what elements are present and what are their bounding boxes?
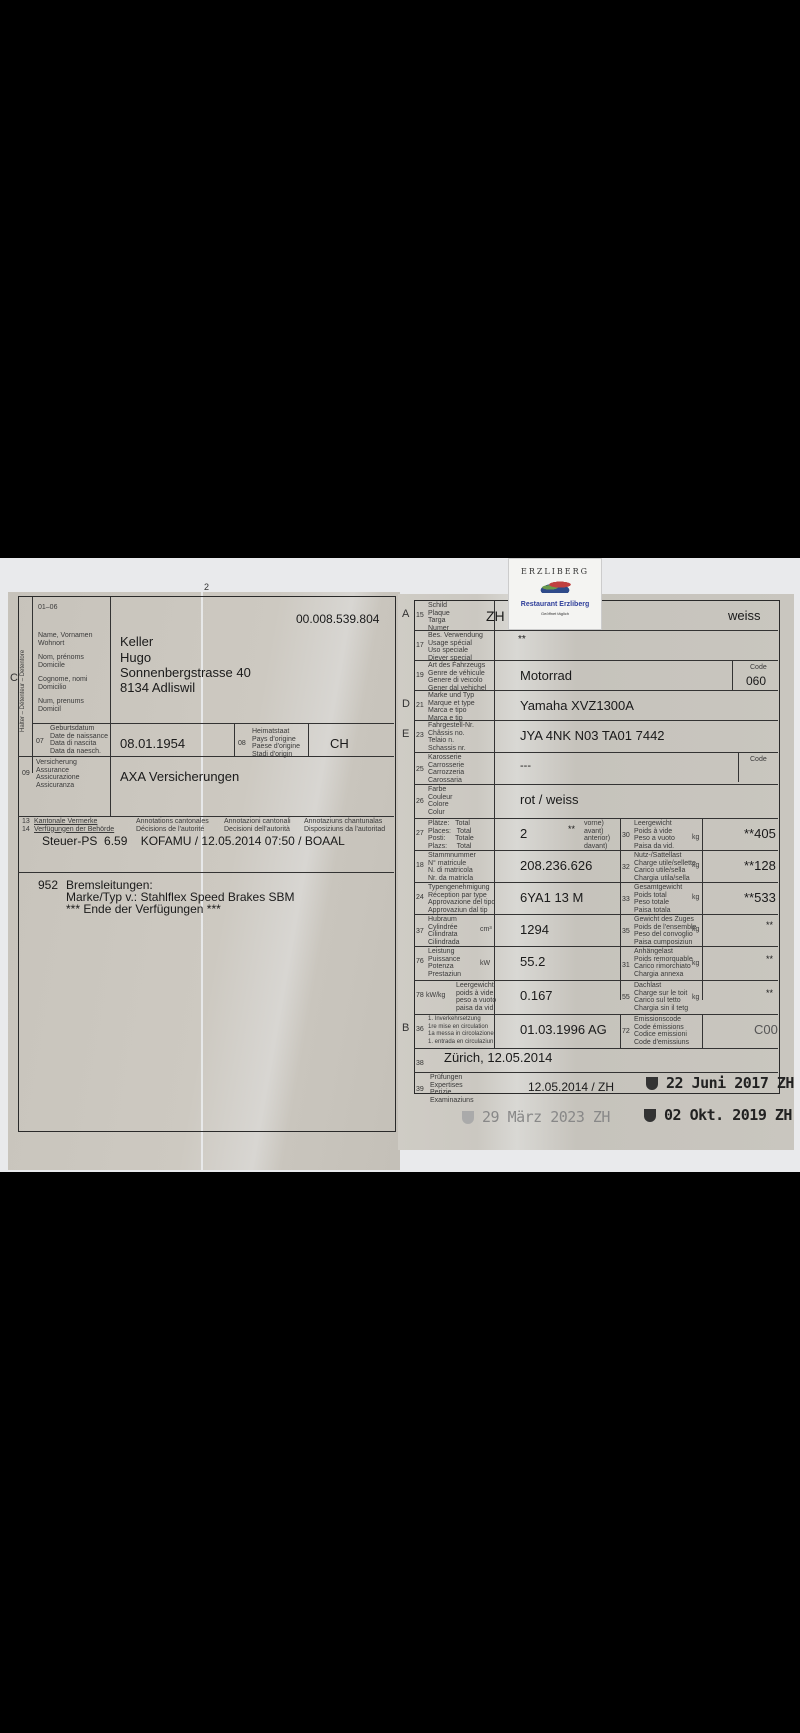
roof-load-value: ** bbox=[766, 988, 773, 998]
plate-label: Schild Plaque Targa Numer bbox=[428, 602, 450, 632]
divider bbox=[414, 720, 778, 721]
roof-load-unit: kg bbox=[692, 994, 699, 1002]
divider bbox=[738, 752, 739, 782]
divider bbox=[414, 690, 778, 691]
divider bbox=[18, 756, 394, 757]
birth-date-value: 08.01.1954 bbox=[120, 736, 185, 751]
power-weight-value: 0.167 bbox=[520, 988, 553, 1003]
vehicle-type-code-label: Code bbox=[750, 664, 767, 672]
restaurant-small-text: Geöffnet täglich bbox=[509, 611, 601, 616]
displacement-value: 1294 bbox=[520, 922, 549, 937]
divider bbox=[414, 660, 778, 661]
field-number: 25 bbox=[416, 766, 424, 773]
divider bbox=[414, 1048, 778, 1049]
field-number: 07 bbox=[36, 738, 44, 745]
divider bbox=[234, 723, 235, 756]
payload-label: Nutz-/Sattellast Charge utile/sellette C… bbox=[634, 852, 696, 882]
field-number: 39 bbox=[416, 1086, 424, 1093]
divider bbox=[702, 1014, 703, 1048]
chassis-value: JYA 4NK N03 TA01 7442 bbox=[520, 728, 665, 743]
origin-value: CH bbox=[330, 736, 349, 751]
divider bbox=[308, 723, 309, 756]
divider bbox=[414, 980, 778, 981]
total-weight-value: **533 bbox=[744, 890, 776, 905]
vehicle-type-value: Motorrad bbox=[520, 668, 572, 683]
inspections-label: Prüfungen Expertises Perizie Examinaziun… bbox=[430, 1074, 474, 1104]
type-approval-label: Typengenehmigung Réception par type Appr… bbox=[428, 884, 495, 914]
right-page: A 15 Schild Plaque Targa Numer ZH weiss … bbox=[398, 594, 794, 1150]
field-number: 19 bbox=[416, 672, 424, 679]
field-number: 33 bbox=[622, 896, 630, 903]
plate-canton: ZH bbox=[486, 608, 505, 624]
field-number: 78 bbox=[416, 992, 424, 999]
page-marker: 2 bbox=[204, 582, 209, 592]
divider bbox=[110, 597, 111, 773]
restaurant-logo-icon bbox=[530, 579, 580, 593]
document-number: 00.008.539.804 bbox=[296, 612, 379, 626]
divider bbox=[414, 1014, 778, 1015]
special-use-label: Bes. Verwendung Usage spécial Uso specia… bbox=[428, 632, 483, 662]
field-number: 15 bbox=[416, 612, 424, 619]
inspection-stamp-3: 29 März 2023 ZH bbox=[462, 1108, 610, 1126]
divider bbox=[414, 630, 778, 631]
make-model-label: Marke und Typ Marque et type Marca e tip… bbox=[428, 692, 475, 722]
holder-side-label: Halter – Détenteur – Detentore bbox=[20, 650, 28, 732]
divider bbox=[620, 818, 621, 1000]
annotations-label-fr: Annotations cantonales Décisions de l'au… bbox=[136, 818, 209, 833]
power-label: Leistung Puissance Potenza Prestaziun bbox=[428, 948, 461, 978]
field-number: 32 bbox=[622, 864, 630, 871]
power-weight-left-label: kW/kg bbox=[426, 992, 445, 1000]
chassis-label: Fahrgestell-Nr. Châssis no. Telaio n. Sc… bbox=[428, 722, 474, 752]
field-number: 08 bbox=[238, 740, 246, 747]
train-weight-unit: kg bbox=[692, 926, 699, 934]
restaurant-name: Restaurant Erzliberg bbox=[509, 601, 601, 608]
trailer-load-value: ** bbox=[766, 954, 773, 964]
divider bbox=[414, 784, 778, 785]
body-code-label: Code bbox=[750, 756, 767, 764]
field-number: 17 bbox=[416, 642, 424, 649]
field-number: 18 bbox=[416, 862, 424, 869]
total-weight-label: Gesamtgewicht Poids total Peso totale Pa… bbox=[634, 884, 682, 914]
color-label: Farbe Couleur Colore Colur bbox=[428, 786, 453, 816]
field-number: 21 bbox=[416, 702, 424, 709]
annotations-label-rm: Annotaziuns chantunalas Disposiziuns da … bbox=[304, 818, 385, 833]
divider bbox=[620, 1014, 621, 1048]
holder-street: Sonnenbergstrasse 40 bbox=[120, 665, 251, 680]
matriculation-value: 208.236.626 bbox=[520, 858, 592, 873]
empty-weight-label: Leergewicht Poids à vide Peso a vuoto Pa… bbox=[634, 820, 675, 850]
body-value: --- bbox=[520, 760, 531, 772]
inspection-stamp-text: 02 Okt. 2019 ZH bbox=[664, 1106, 792, 1124]
tax-line: Steuer-PS 6.59 KOFAMU / 12.05.2014 07:50… bbox=[42, 834, 345, 848]
decision-code: 952 bbox=[38, 878, 58, 892]
displacement-unit: cm³ bbox=[480, 926, 492, 934]
holder-label-it: Cognome, nomi Domicilio bbox=[38, 676, 87, 691]
restaurant-sign: ERZLIBERG Restaurant Erzliberg Geöffnet … bbox=[508, 558, 602, 630]
body-label: Karosserie Carrosserie Carrozzeria Caros… bbox=[428, 754, 464, 784]
field-number: 36 bbox=[416, 1026, 424, 1033]
seats-value: 2 bbox=[520, 826, 527, 841]
payload-unit: kg bbox=[692, 862, 699, 870]
inspection-stamp-2: 02 Okt. 2019 ZH bbox=[644, 1106, 792, 1124]
section-letter-d: D bbox=[402, 698, 410, 710]
displacement-label: Hubraum Cylindrée Cilindrata Cilindrada bbox=[428, 916, 460, 946]
section-letter-b: B bbox=[402, 1022, 409, 1034]
matriculation-label: Stammnummer N° matricule N. di matricola… bbox=[428, 852, 476, 882]
inspection-stamp-text: 29 März 2023 ZH bbox=[482, 1108, 610, 1126]
trailer-load-unit: kg bbox=[692, 960, 699, 968]
left-page: 2 C Halter – Détenteur – Detentore 01–06… bbox=[8, 592, 400, 1170]
divider bbox=[18, 872, 394, 873]
vehicle-type-code: 060 bbox=[746, 674, 766, 688]
divider bbox=[414, 1072, 778, 1073]
document-photo: 2 C Halter – Détenteur – Detentore 01–06… bbox=[0, 558, 800, 1172]
power-unit: kW bbox=[480, 960, 490, 968]
seats-label: Plätze: Total Places: Total Posti: Total… bbox=[428, 820, 474, 850]
field-number: 23 bbox=[416, 732, 424, 739]
canton-shield-icon bbox=[646, 1077, 658, 1090]
color-value: rot / weiss bbox=[520, 792, 579, 807]
type-approval-value: 6YA1 13 M bbox=[520, 890, 583, 905]
field-number: 72 bbox=[622, 1028, 630, 1035]
field-number: 24 bbox=[416, 894, 424, 901]
payload-value: **128 bbox=[744, 858, 776, 873]
emission-code-value: C00 bbox=[754, 1022, 778, 1037]
insurance-label: Versicherung Assurance Assicurazione Ass… bbox=[36, 759, 80, 789]
field-01-06-label: 01–06 bbox=[38, 604, 57, 612]
inspection-stamp-text: 22 Juni 2017 ZH bbox=[666, 1074, 794, 1092]
divider bbox=[414, 946, 778, 947]
divider bbox=[414, 914, 778, 915]
field-number: 27 bbox=[416, 830, 424, 837]
inspection-stamp-1: 22 Juni 2017 ZH bbox=[646, 1074, 794, 1092]
divider bbox=[32, 597, 33, 773]
holder-last-name: Keller bbox=[120, 634, 153, 649]
empty-weight-value: **405 bbox=[744, 826, 776, 841]
train-weight-label: Gewicht des Zuges Poids de l'ensemble Pe… bbox=[634, 916, 696, 946]
seats-front-value: ** bbox=[568, 824, 575, 834]
divider bbox=[414, 752, 778, 753]
field-number: 35 bbox=[622, 928, 630, 935]
total-weight-unit: kg bbox=[692, 894, 699, 902]
power-value: 55.2 bbox=[520, 954, 545, 969]
divider bbox=[110, 756, 111, 816]
insurance-value: AXA Versicherungen bbox=[120, 769, 239, 784]
plate-color: weiss bbox=[728, 608, 761, 623]
field-number: 38 bbox=[416, 1060, 424, 1067]
annotations-label-de: Kantonale Vermerke Verfügungen der Behör… bbox=[34, 818, 114, 833]
trailer-load-label: Anhängelast Poids remorquable Carico rim… bbox=[634, 948, 693, 978]
roof-load-label: Dachlast Charge sur le toit Carico sul t… bbox=[634, 982, 688, 1012]
divider bbox=[18, 816, 394, 817]
restaurant-logo-text: ERZLIBERG bbox=[509, 567, 601, 576]
field-number: 30 bbox=[622, 832, 630, 839]
section-letter-a: A bbox=[402, 608, 409, 620]
divider bbox=[32, 723, 394, 724]
power-weight-label: Leergewicht poids à vide peso a vuoto pa… bbox=[456, 982, 496, 1012]
field-number: 37 bbox=[416, 928, 424, 935]
first-registration-label: 1. Inverkehrsetzung 1re mise en circulat… bbox=[428, 1016, 494, 1046]
birth-date-label: Geburtsdatum Date de naissance Data di n… bbox=[50, 725, 108, 755]
divider bbox=[732, 660, 733, 690]
section-letter-e: E bbox=[402, 728, 409, 740]
special-use-value: ** bbox=[518, 634, 526, 645]
emission-code-label: Emissionscode Code émissions Codice emis… bbox=[634, 1016, 689, 1046]
field-number: 55 bbox=[622, 994, 630, 1001]
inspection-printed-date: 12.05.2014 / ZH bbox=[528, 1080, 614, 1094]
holder-label-de: Name, Vornamen Wohnort bbox=[38, 632, 92, 647]
decision-line-3: *** Ende der Verfügungen *** bbox=[66, 902, 221, 916]
holder-first-name: Hugo bbox=[120, 650, 151, 665]
divider bbox=[414, 850, 778, 851]
first-registration-value: 01.03.1996 AG bbox=[520, 1022, 607, 1037]
vehicle-type-label: Art des Fahrzeugs Genre de véhicule Gene… bbox=[428, 662, 486, 692]
field-number: 76 bbox=[416, 958, 424, 965]
canton-shield-icon bbox=[644, 1109, 656, 1122]
divider bbox=[702, 818, 703, 1000]
empty-weight-unit: kg bbox=[692, 834, 699, 842]
holder-label-fr: Nom, prénoms Domicile bbox=[38, 654, 84, 669]
place-date-value: Zürich, 12.05.2014 bbox=[444, 1050, 552, 1065]
annotations-label-it: Annotazioni cantonali Decisioni dell'aut… bbox=[224, 818, 291, 833]
divider bbox=[414, 818, 778, 819]
origin-label: Heimatstaat Pays d'origine Paese d'origi… bbox=[252, 728, 300, 758]
seats-front-label: vorne) avant) anterior) davant) bbox=[584, 820, 610, 850]
section-letter-c: C bbox=[10, 672, 18, 684]
field-number: 26 bbox=[416, 798, 424, 805]
train-weight-value: ** bbox=[766, 920, 773, 930]
canton-shield-icon bbox=[462, 1111, 474, 1124]
divider bbox=[414, 882, 778, 883]
field-number: 09 bbox=[22, 770, 30, 777]
holder-city: 8134 Adliswil bbox=[120, 680, 195, 695]
make-model-value: Yamaha XVZ1300A bbox=[520, 698, 634, 713]
field-number: 13 14 bbox=[22, 818, 30, 833]
field-number: 31 bbox=[622, 962, 630, 969]
holder-label-rm: Num, prenums Domicil bbox=[38, 698, 84, 713]
